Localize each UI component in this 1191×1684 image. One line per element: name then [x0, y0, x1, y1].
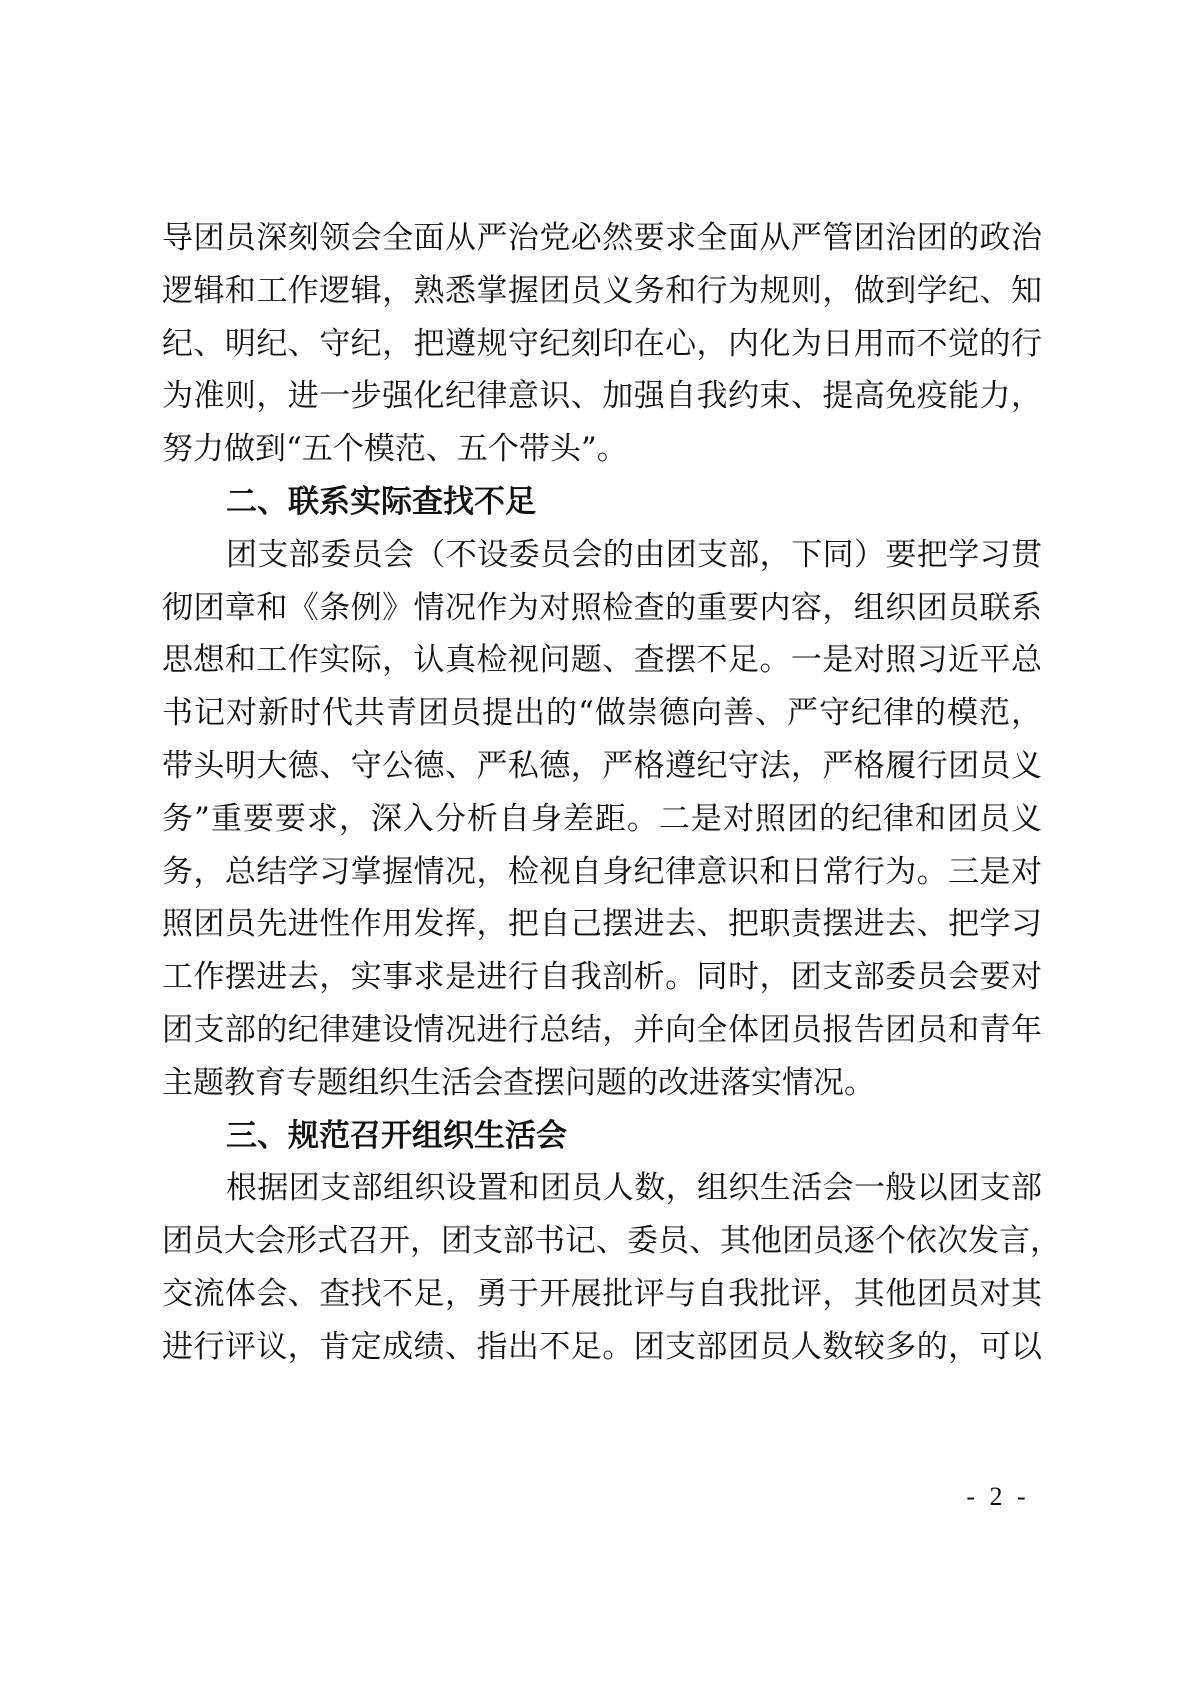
- body-line: 为准则，进一步强化纪律意识、加强自我约束、提高免疫能力，: [162, 370, 1042, 423]
- body-line: 团员大会形式召开，团支部书记、委员、其他团员逐个依次发言，: [162, 1215, 1042, 1268]
- body-line: 思想和工作实际，认真检视问题、查摆不足。一是对照习近平总: [162, 634, 1042, 687]
- page-body: 导团员深刻领会全面从严治党必然要求全面从严管团治团的政治 逻辑和工作逻辑，熟悉掌…: [162, 212, 1042, 1374]
- body-line: 团支部委员会（不设委员会的由团支部，下同）要把学习贯: [162, 529, 1042, 582]
- body-line: 团支部的纪律建设情况进行总结，并向全体团员报告团员和青年: [162, 1004, 1042, 1057]
- body-line: 主题教育专题组织生活会查摆问题的改进落实情况。: [162, 1057, 1042, 1110]
- body-line: 工作摆进去，实事求是进行自我剖析。同时，团支部委员会要对: [162, 951, 1042, 1004]
- body-line: 务”重要要求，深入分析自身差距。二是对照团的纪律和团员义: [162, 793, 1042, 846]
- page-number: - 2 -: [958, 1482, 1038, 1512]
- document-page: 导团员深刻领会全面从严治党必然要求全面从严管团治团的政治 逻辑和工作逻辑，熟悉掌…: [0, 0, 1191, 1684]
- body-line: 照团员先进性作用发挥，把自己摆进去、把职责摆进去、把学习: [162, 898, 1042, 951]
- body-line: 纪、明纪、守纪，把遵规守纪刻印在心，内化为日用而不觉的行: [162, 318, 1042, 371]
- body-line: 进行评议，肯定成绩、指出不足。团支部团员人数较多的，可以: [162, 1321, 1042, 1374]
- body-line: 逻辑和工作逻辑，熟悉掌握团员义务和行为规则，做到学纪、知: [162, 265, 1042, 318]
- body-line: 书记对新时代共青团员提出的“做崇德向善、严守纪律的模范，: [162, 687, 1042, 740]
- body-line: 务，总结学习掌握情况，检视自身纪律意识和日常行为。三是对: [162, 846, 1042, 899]
- body-line: 导团员深刻领会全面从严治党必然要求全面从严管团治团的政治: [162, 212, 1042, 265]
- body-line: 根据团支部组织设置和团员人数，组织生活会一般以团支部: [162, 1162, 1042, 1215]
- section-heading-3: 三、规范召开组织生活会: [162, 1110, 1042, 1163]
- body-line: 交流体会、查找不足，勇于开展批评与自我批评，其他团员对其: [162, 1268, 1042, 1321]
- section-heading-2: 二、联系实际查找不足: [162, 476, 1042, 529]
- body-line: 努力做到“五个模范、五个带头”。: [162, 423, 1042, 476]
- body-line: 彻团章和《条例》情况作为对照检查的重要内容，组织团员联系: [162, 582, 1042, 635]
- body-line: 带头明大德、守公德、严私德，严格遵纪守法，严格履行团员义: [162, 740, 1042, 793]
